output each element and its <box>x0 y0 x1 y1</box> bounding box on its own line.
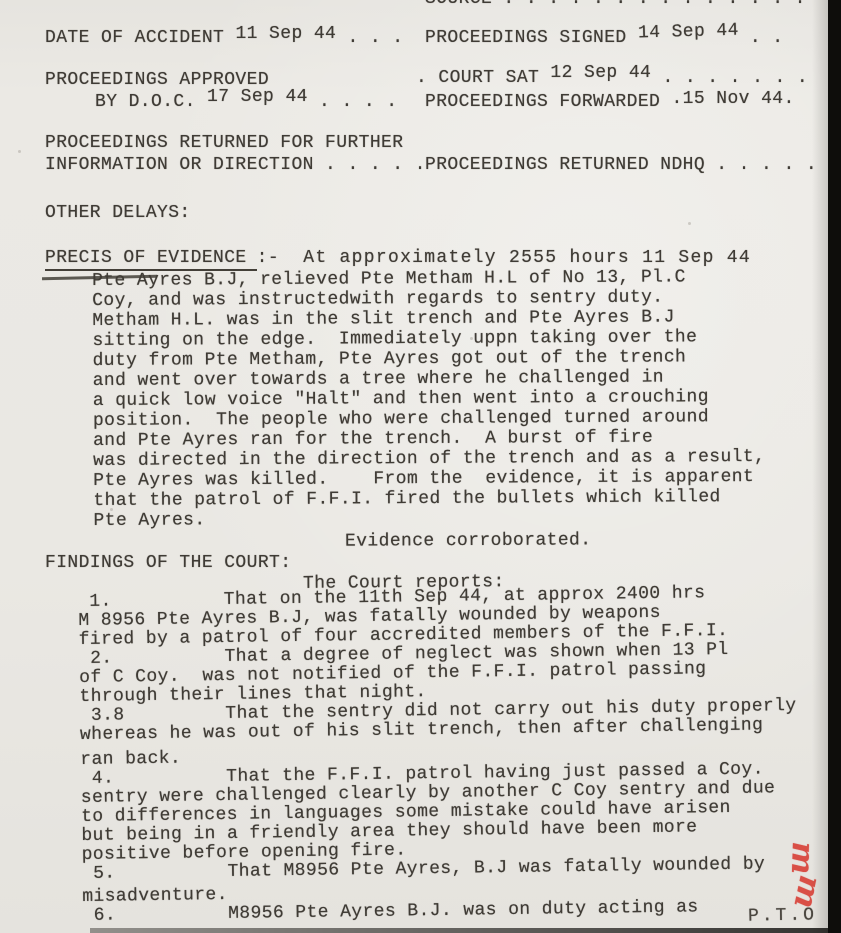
precis-intro: At approximately 2555 hours 11 Sep 44 <box>279 248 751 268</box>
scan-speck <box>18 150 21 153</box>
pto-label: P.T.O <box>748 905 817 926</box>
source-line-partial: SOURCE . . . . . . . . . . . . . . <box>425 0 806 9</box>
findings-list: 1. That on the 11th Sep 44, at approx 24… <box>78 582 800 925</box>
field-value: .15 Nov 44. <box>671 89 794 109</box>
field-other-delays: OTHER DELAYS: <box>45 203 191 223</box>
dotted-leader: . . . <box>336 28 403 48</box>
precis-line: that the patrol of F.F.I. fired the bull… <box>93 487 765 511</box>
dotted-leader: . . <box>739 28 784 48</box>
findings-heading: FINDINGS OF THE COURT: <box>45 553 291 573</box>
field-label: . COURT SAT <box>416 68 550 88</box>
field-value: 12 Sep 44 <box>550 63 651 83</box>
scan-speck <box>470 337 473 340</box>
field-label: DATE OF ACCIDENT <box>45 28 235 48</box>
document-page: SOURCE . . . . . . . . . . . . . . DATE … <box>0 0 841 933</box>
precis-line: Pte Ayres. <box>93 507 765 531</box>
field-proceedings-signed: PROCEEDINGS SIGNED 14 Sep 44 . . <box>425 28 783 48</box>
scan-speck <box>110 508 113 511</box>
field-returned-further-line2: INFORMATION OR DIRECTION . . . . . <box>45 155 426 175</box>
field-label: PROCEEDINGS SIGNED <box>425 28 638 48</box>
precis-body: Pte Ayres B.J, relieved Pte Metham H.L o… <box>92 267 766 531</box>
field-by-doc: BY D.O.C. 17 Sep 44 . . . . <box>95 92 397 112</box>
field-value: 17 Sep 44 <box>207 87 308 107</box>
scan-speck <box>688 222 691 225</box>
scan-edge-shadow <box>812 0 828 933</box>
field-label: PROCEEDINGS FORWARDED <box>425 92 671 112</box>
evidence-corroborated: Evidence corroborated. <box>345 530 592 551</box>
precis-heading: PRECIS OF EVIDENCE <box>45 248 257 271</box>
precis-first-line: PRECIS OF EVIDENCE:- At approximately 25… <box>45 248 751 268</box>
field-value: 11 Sep 44 <box>235 24 336 44</box>
field-value: 14 Sep 44 <box>638 21 739 44</box>
field-proceedings-forwarded: PROCEEDINGS FORWARDED .15 Nov 44. <box>425 92 795 112</box>
scan-black-border <box>828 0 841 933</box>
field-label: BY D.O.C. <box>95 92 207 112</box>
dotted-leader: . . . . <box>308 92 398 112</box>
precis-separator: :- <box>257 248 279 268</box>
dotted-leader: . . . . . . . <box>651 68 808 88</box>
field-date-of-accident: DATE OF ACCIDENT 11 Sep 44 . . . <box>45 28 403 48</box>
field-court-sat: . COURT SAT 12 Sep 44 . . . . . . . <box>416 68 808 88</box>
field-returned-further-line1: PROCEEDINGS RETURNED FOR FURTHER <box>45 133 403 153</box>
scan-bottom-edge <box>90 928 828 933</box>
field-returned-ndhq: PROCEEDINGS RETURNED NDHQ . . . . . <box>425 155 817 175</box>
precis-line: position. The people who were challenged… <box>93 407 765 431</box>
